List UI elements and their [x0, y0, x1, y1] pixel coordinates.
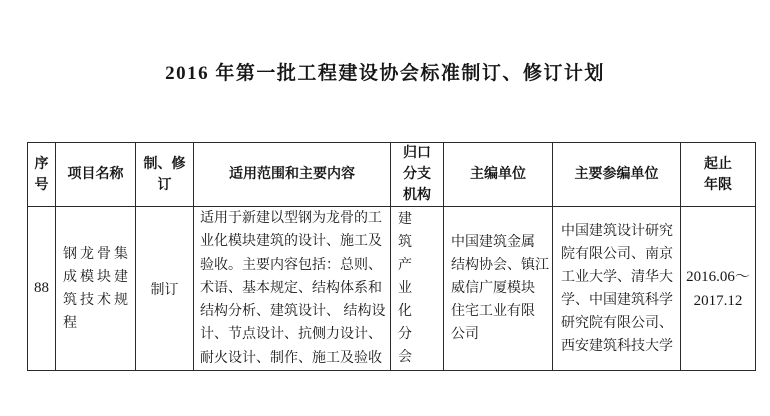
cell-branch-org: 建筑 产业 化分 会: [391, 207, 444, 371]
standards-plan-table: 序 号 项目名称 制、修 订 适用范围和主要内容 归口 分支 机构 主编单位 主…: [27, 142, 756, 371]
cell-serial-number: 88: [28, 207, 56, 371]
header-scope-content: 适用范围和主要内容: [194, 143, 391, 207]
page-title: 2016 年第一批工程建设协会标准制订、修订计划: [0, 58, 770, 85]
cell-participating-units: 中国建筑设计研究 院有限公司、南京 工业大学、清华大 学、中国建筑科学 研究院有…: [553, 207, 681, 371]
header-project-name: 项目名称: [56, 143, 136, 207]
header-participating-units: 主要参编单位: [553, 143, 681, 207]
header-revision-type: 制、修 订: [136, 143, 194, 207]
header-serial-number: 序 号: [28, 143, 56, 207]
table-header-row: 序 号 项目名称 制、修 订 适用范围和主要内容 归口 分支 机构 主编单位 主…: [28, 143, 756, 207]
header-duration: 起止 年限: [681, 143, 756, 207]
table-row: 88 钢龙骨集 成模块建 筑技术规 程 制订 适用于新建以型钢为龙骨的工 业化模…: [28, 207, 756, 371]
header-chief-editor-unit: 主编单位: [444, 143, 553, 207]
cell-duration: 2016.06～ 2017.12: [681, 207, 756, 371]
cell-scope-content: 适用于新建以型钢为龙骨的工 业化模块建筑的设计、施工及 验收。主要内容包括：总则…: [194, 207, 391, 371]
document-page: 2016 年第一批工程建设协会标准制订、修订计划 序 号 项目名称 制、修 订 …: [0, 0, 770, 416]
header-branch-org: 归口 分支 机构: [391, 143, 444, 207]
cell-project-name: 钢龙骨集 成模块建 筑技术规 程: [56, 207, 136, 371]
cell-revision-type: 制订: [136, 207, 194, 371]
cell-chief-editor-unit: 中国建筑金属 结构协会、镇江 威信广厦模块 住宅工业有限 公司: [444, 207, 553, 371]
